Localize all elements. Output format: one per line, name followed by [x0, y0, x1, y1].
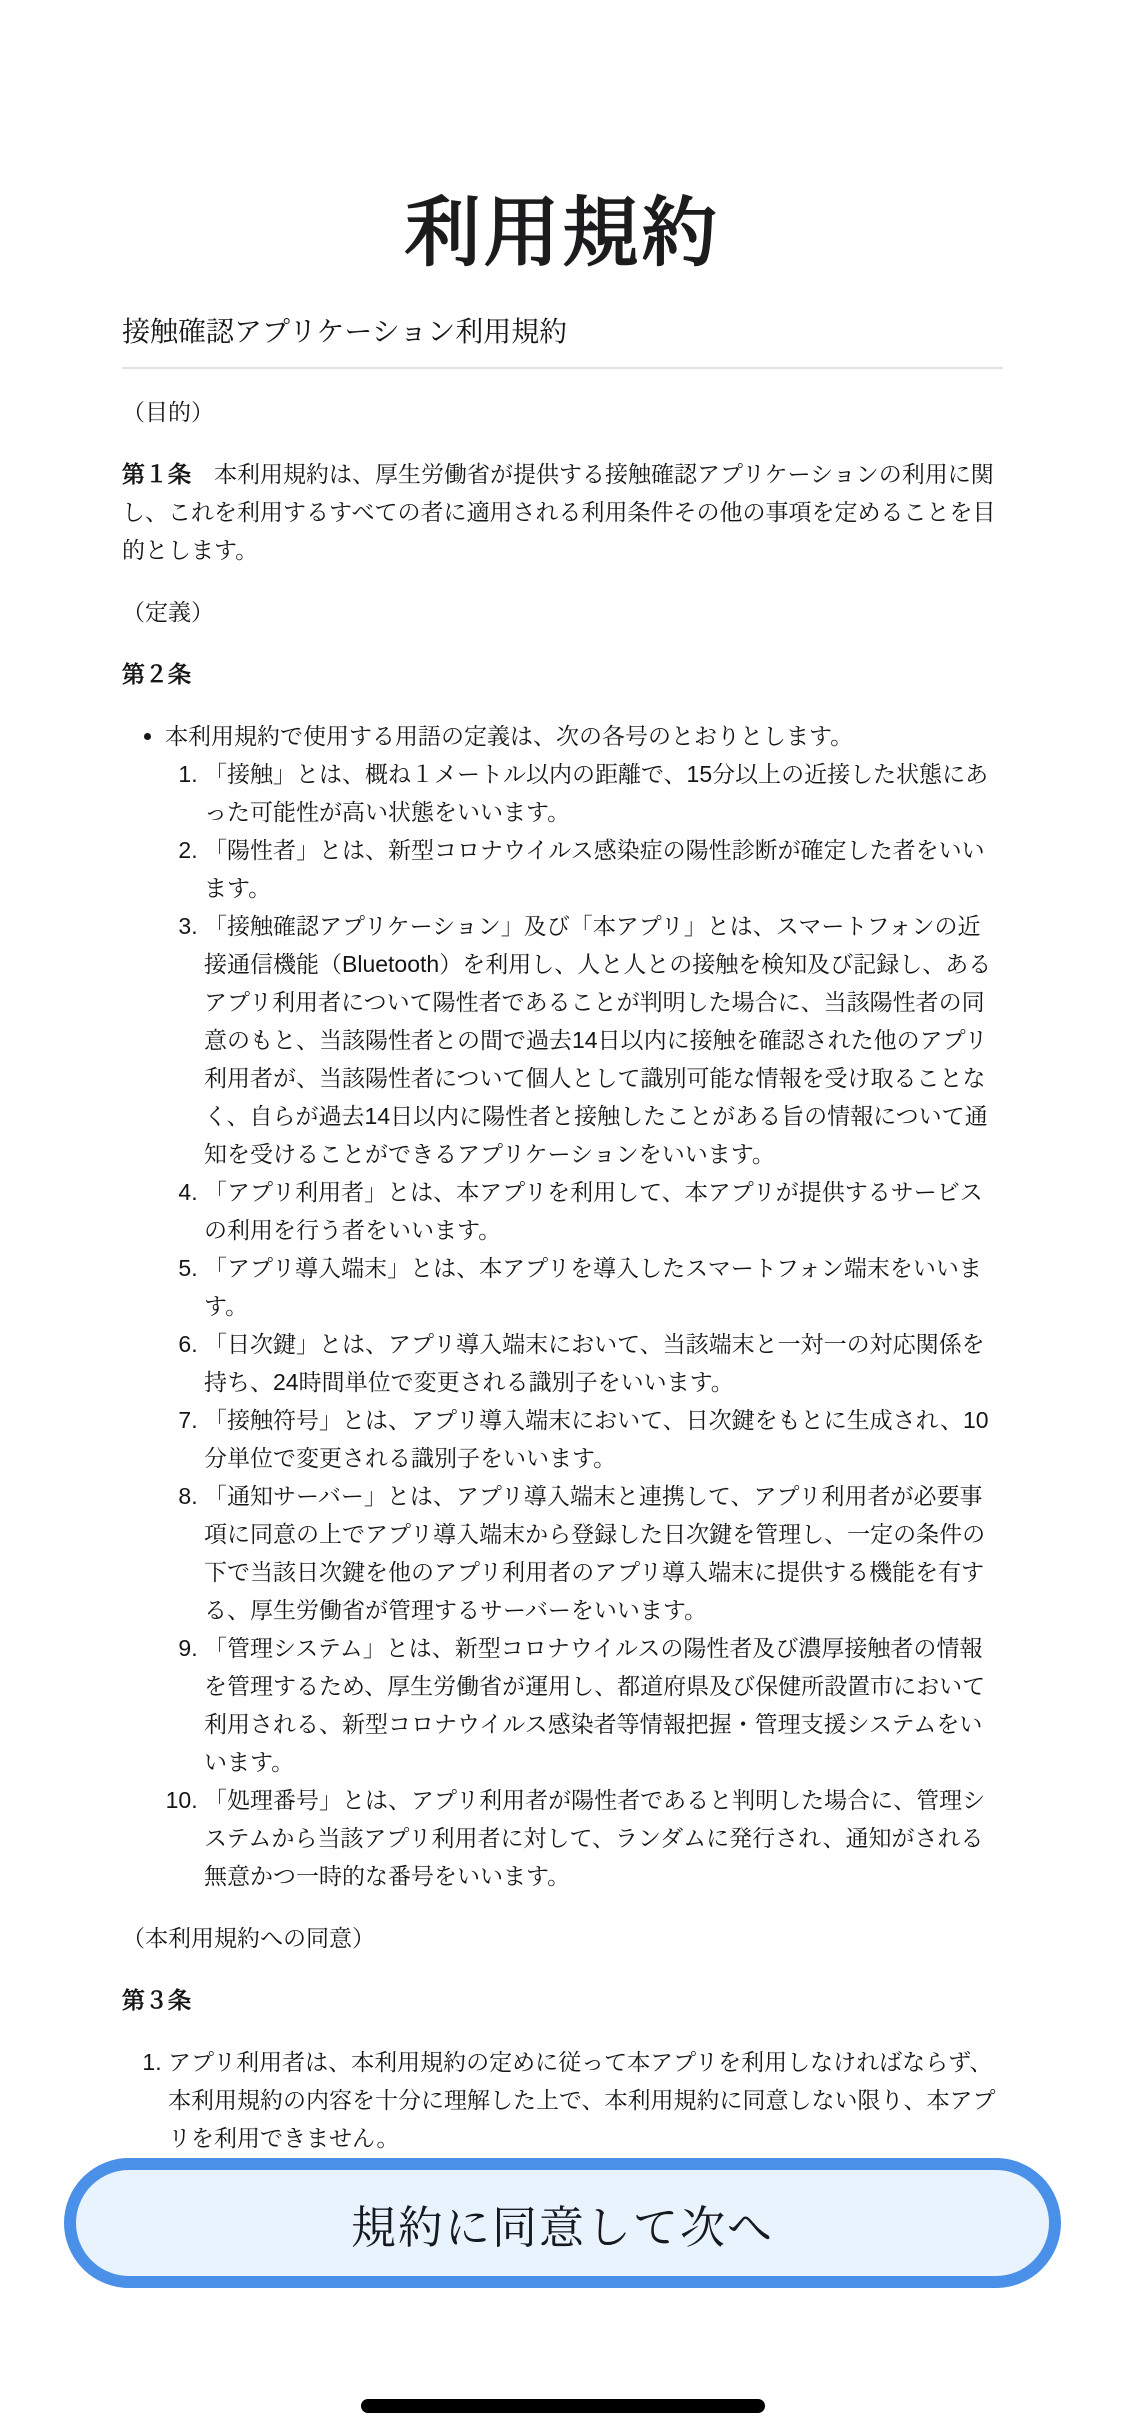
consent-item: アプリ利用者は、本利用規約の定めに従って本アプリを利用しなければならず、本利用規… [168, 2043, 1003, 2157]
definition-item: 「接触」とは、概ね１メートル以内の距離で、15分以上の近接した状態にあった可能性… [204, 755, 1003, 831]
agree-and-continue-button[interactable]: 規約に同意して次へ [64, 2158, 1061, 2288]
definition-item: 「アプリ利用者」とは、本アプリを利用して、本アプリが提供するサービスの利用を行う… [204, 1173, 1003, 1249]
definition-item: 「管理システム」とは、新型コロナウイルスの陽性者及び濃厚接触者の情報を管理するた… [204, 1629, 1003, 1781]
article-1-paragraph: 第１条 本利用規約は、厚生労働省が提供する接触確認アプリケーションの利用に関し、… [122, 455, 1003, 569]
definition-item: 「通知サーバー」とは、アプリ導入端末と連携して、アプリ利用者が必要事項に同意の上… [204, 1477, 1003, 1629]
section-heading-definitions: （定義） [122, 593, 1003, 631]
definitions-intro-item: 本利用規約で使用する用語の定義は、次の各号のとおりとします。 「接触」とは、概ね… [165, 717, 1003, 1895]
definition-item: 「処理番号」とは、アプリ利用者が陽性者であると判明した場合に、管理システムから当… [204, 1781, 1003, 1895]
home-indicator[interactable] [361, 2399, 765, 2413]
definitions-intro-text: 本利用規約で使用する用語の定義は、次の各号のとおりとします。 [165, 723, 853, 749]
article-1-text: 本利用規約は、厚生労働省が提供する接触確認アプリケーションの利用に関し、これを利… [122, 461, 996, 563]
terms-scroll-area[interactable]: 利用規約 接触確認アプリケーション利用規約 （目的） 第１条 本利用規約は、厚生… [0, 0, 1125, 2295]
article-1-number: 第１条 [122, 461, 191, 487]
definition-item: 「陽性者」とは、新型コロナウイルス感染症の陽性診断が確定した者をいいます。 [204, 831, 1003, 907]
page-title: 利用規約 [122, 0, 1003, 277]
definition-item: 「アプリ導入端末」とは、本アプリを導入したスマートフォン端末をいいます。 [204, 1249, 1003, 1325]
definition-item: 「接触符号」とは、アプリ導入端末において、日次鍵をもとに生成され、10分単位で変… [204, 1401, 1003, 1477]
definitions-list: 本利用規約で使用する用語の定義は、次の各号のとおりとします。 「接触」とは、概ね… [122, 717, 1003, 1895]
definition-item: 「接触確認アプリケーション」及び「本アプリ」とは、スマートフォンの近接通信機能（… [204, 907, 1003, 1173]
article-3-heading: 第３条 [122, 1981, 1003, 2019]
article-2-heading: 第２条 [122, 655, 1003, 693]
divider [122, 367, 1003, 369]
definition-items: 「接触」とは、概ね１メートル以内の距離で、15分以上の近接した状態にあった可能性… [165, 755, 1003, 1895]
terms-of-use-screen: 利用規約 接触確認アプリケーション利用規約 （目的） 第１条 本利用規約は、厚生… [0, 0, 1125, 2436]
section-heading-purpose: （目的） [122, 393, 1003, 431]
definition-item: 「日次鍵」とは、アプリ導入端末において、当該端末と一対一の対応関係を持ち、24時… [204, 1325, 1003, 1401]
article-3-number: 第３条 [122, 1987, 191, 2013]
section-heading-consent: （本利用規約への同意） [122, 1919, 1003, 1957]
terms-document-title: 接触確認アプリケーション利用規約 [122, 313, 1003, 351]
article-2-number: 第２条 [122, 661, 191, 687]
